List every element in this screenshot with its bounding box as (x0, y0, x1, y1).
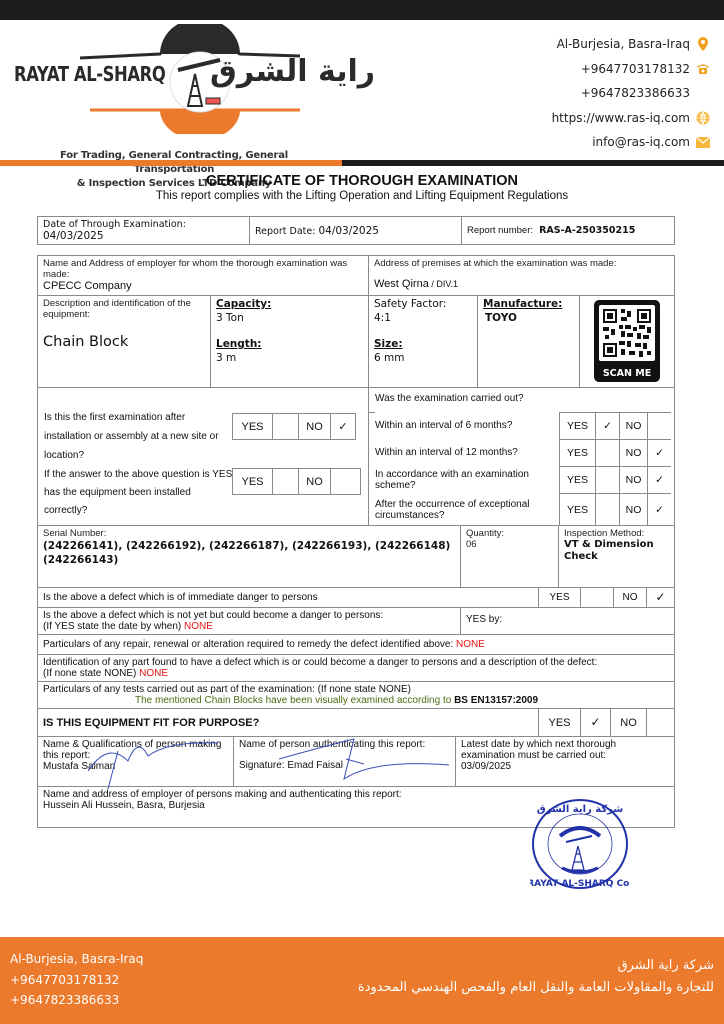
qr-code[interactable]: SCAN ME (594, 300, 660, 382)
length-value: 3 m (216, 352, 363, 364)
header-divider-dark (342, 160, 724, 166)
future-danger-row: Is the above a defect which is not yet b… (38, 608, 674, 635)
interval-question: Within an interval of 6 months?YES✓NO (369, 412, 674, 439)
question-installed-correctly: If the answer to the above question is Y… (44, 466, 234, 520)
interval-yes-label: YES (559, 412, 595, 439)
exam-carried-out-heading: Was the examination carried out? (375, 393, 524, 404)
interval-no-label: NO (619, 466, 647, 493)
left-questions-cell: Is this the first examination after inst… (38, 388, 368, 525)
size-value: 6 mm (374, 352, 472, 364)
exam-date: 04/03/2025 (43, 230, 104, 242)
employer-row: Name and Address of employer for whom th… (38, 256, 674, 296)
immediate-danger-yes-box[interactable] (580, 588, 613, 607)
report-number: RAS-A-250350215 (539, 225, 635, 236)
future-danger-value: NONE (184, 621, 213, 632)
first-exam-answer: YES NO ✓ (232, 413, 356, 440)
interval-no-box[interactable]: ✓ (647, 439, 671, 466)
premises-cell: Address of premises at which the examina… (368, 256, 674, 295)
footer-company-ar: شركة راية الشرق للتجارة والمقاولات العام… (358, 955, 714, 999)
interval-yes-box[interactable] (595, 439, 619, 466)
questions-row: Is this the first examination after inst… (38, 388, 674, 526)
identification-row: Identification of any part found to have… (38, 655, 674, 682)
immediate-danger-row: Is the above a defect which is of immedi… (38, 588, 674, 608)
interval-question-text: Within an interval of 12 months? (375, 439, 555, 466)
certificate-subtitle: This report complies with the Lifting Op… (0, 190, 724, 202)
footer-phone-2[interactable]: +9647823386633 (10, 990, 143, 1011)
interval-yes-box[interactable] (595, 493, 619, 526)
tests-particulars: Particulars of any tests carried out as … (38, 682, 674, 708)
interval-question-text: Within an interval of 6 months? (375, 412, 555, 439)
company-stamp-icon: شركة راية الشرق RAYAT AL-SHARQ Co. (530, 798, 630, 890)
qr-cell: SCAN ME (579, 296, 674, 387)
footer-phone-1[interactable]: +9647703178132 (10, 970, 143, 991)
company-name-en: RAYAT AL-SHARQ (14, 62, 165, 86)
safety-factor-value: 4:1 (374, 312, 472, 324)
repair-value: NONE (456, 639, 485, 650)
report-date-cell: Report Date: 04/03/2025 (250, 217, 462, 245)
interval-question: In accordance with an examination scheme… (369, 466, 674, 493)
defect-identification: Identification of any part found to have… (38, 655, 674, 681)
fit-yes-box[interactable]: ✓ (580, 709, 610, 736)
contact-website[interactable]: https://www.ras-iq.com (552, 106, 710, 131)
interval-yes-label: YES (559, 439, 595, 466)
identification-value: NONE (139, 668, 168, 679)
interval-yes-label: YES (559, 493, 595, 526)
next-exam-cell: Latest date by which next thorough exami… (455, 737, 674, 786)
first-exam-no-box[interactable]: ✓ (331, 414, 356, 440)
installed-no-box[interactable] (331, 469, 361, 495)
question-first-exam: Is this the first examination after inst… (44, 408, 229, 465)
authenticator-signature-icon (274, 729, 454, 789)
qr-code-icon (599, 305, 655, 361)
next-exam-date: 03/09/2025 (461, 761, 669, 772)
interval-no-box[interactable] (647, 412, 671, 439)
equipment-description-cell: Description and identification of the eq… (38, 296, 210, 387)
capacity-value: 3 Ton (216, 312, 363, 324)
interval-question: Within an interval of 12 months?YESNO✓ (369, 439, 674, 466)
authenticator-cell: Name of person authenticating this repor… (233, 737, 455, 786)
installed-correctly-answer: YES NO (232, 468, 361, 495)
location-pin-icon (696, 37, 710, 51)
certificate-title: CERTIFICATE OF THOROUGH EXAMINATION (0, 173, 724, 189)
serial-cell: Serial Number: (242266141), (242266192),… (38, 526, 460, 587)
contact-address: Al-Burjesia, Basra-Iraq (552, 32, 710, 57)
examination-form: Name and Address of employer for whom th… (37, 255, 675, 828)
contact-phone-1[interactable]: +9647703178132 (552, 57, 710, 82)
footer-contacts: Al-Burjesia, Basra-Iraq +9647703178132 +… (10, 949, 143, 1011)
svg-text:شركة راية الشرق: شركة راية الشرق (537, 804, 624, 815)
footer: Al-Burjesia, Basra-Iraq +9647703178132 +… (0, 937, 724, 1024)
top-bar (0, 0, 724, 20)
equipment-row: Description and identification of the eq… (38, 296, 674, 388)
maker-signature-icon (78, 731, 228, 791)
quantity-cell: Quantity: 06 (460, 526, 558, 587)
installed-yes-box[interactable] (273, 469, 299, 495)
right-questions-cell: Was the examination carried out? Within … (368, 388, 674, 525)
company-name-ar: راية الشرق (210, 54, 375, 89)
fit-no-box[interactable] (646, 709, 674, 736)
envelope-icon (696, 135, 710, 149)
interval-no-box[interactable]: ✓ (647, 493, 671, 526)
report-number-cell: Report number: RAS-A-250350215 (462, 217, 675, 245)
repair-row: Particulars of any repair, renewal or al… (38, 635, 674, 655)
tests-standard: BS EN13157:2009 (454, 695, 538, 706)
company-logo: RAYAT AL-SHARQ راية الشرق For Trading, G… (10, 24, 340, 154)
manufacture-value: TOYO (483, 312, 574, 324)
yes-by-field[interactable]: YES by: (460, 608, 674, 634)
date-bar: Date of Through Examination: 04/03/2025 … (37, 216, 675, 245)
interval-yes-label: YES (559, 466, 595, 493)
header-divider-accent (0, 160, 342, 166)
serial-row: Serial Number: (242266141), (242266192),… (38, 526, 674, 588)
first-exam-yes-box[interactable] (273, 414, 299, 440)
safety-size-cell: Safety Factor: 4:1 Size: 6 mm (368, 296, 477, 387)
immediate-danger-question: Is the above a defect which is of immedi… (38, 588, 538, 607)
interval-no-label: NO (619, 439, 647, 466)
interval-question-text: After the occurrence of exceptional circ… (375, 493, 555, 526)
interval-question: After the occurrence of exceptional circ… (369, 493, 674, 526)
repair-particulars: Particulars of any repair, renewal or al… (38, 635, 674, 654)
future-danger-question: Is the above a defect which is not yet b… (38, 608, 460, 634)
inspection-method-value: VT & Dimension Check (564, 539, 669, 563)
interval-no-label: NO (619, 412, 647, 439)
interval-yes-box[interactable]: ✓ (595, 412, 619, 439)
globe-icon (696, 111, 710, 125)
report-maker-cell: Name & Qualifications of person making t… (38, 737, 233, 786)
serial-numbers: (242266141), (242266192), (242266187), (… (43, 539, 455, 567)
equipment-description: Chain Block (43, 334, 205, 350)
contact-phone-2[interactable]: +9647823386633 (552, 81, 710, 106)
exam-date-cell: Date of Through Examination: 04/03/2025 (38, 217, 250, 245)
tests-row: Particulars of any tests carried out as … (38, 682, 674, 709)
interval-no-label: NO (619, 493, 647, 526)
capacity-length-cell: Capacity: 3 Ton Length: 3 m (210, 296, 368, 387)
immediate-danger-no-box[interactable]: ✓ (646, 588, 674, 607)
interval-question-text: In accordance with an examination scheme… (375, 466, 555, 493)
inspection-method-cell: Inspection Method: VT & Dimension Check (558, 526, 674, 587)
quantity-value: 06 (466, 539, 553, 550)
tests-value: The mentioned Chain Blocks have been vis… (135, 695, 451, 706)
employer-value: CPECC Company (43, 280, 363, 292)
manufacture-cell: Manufacture: TOYO (477, 296, 579, 387)
premises-value: West Qirna / DIV.1 (374, 278, 669, 290)
contact-email[interactable]: info@ras-iq.com (552, 130, 710, 155)
phone-icon (696, 62, 710, 76)
interval-yes-box[interactable] (595, 466, 619, 493)
interval-no-box[interactable]: ✓ (647, 466, 671, 493)
svg-text:RAYAT AL-SHARQ Co.: RAYAT AL-SHARQ Co. (530, 879, 630, 889)
signatures-row: Name & Qualifications of person making t… (38, 737, 674, 787)
employer-cell: Name and Address of employer for whom th… (38, 256, 368, 295)
header-contacts: Al-Burjesia, Basra-Iraq +9647703178132 +… (552, 32, 710, 155)
report-date: 04/03/2025 (318, 225, 379, 237)
